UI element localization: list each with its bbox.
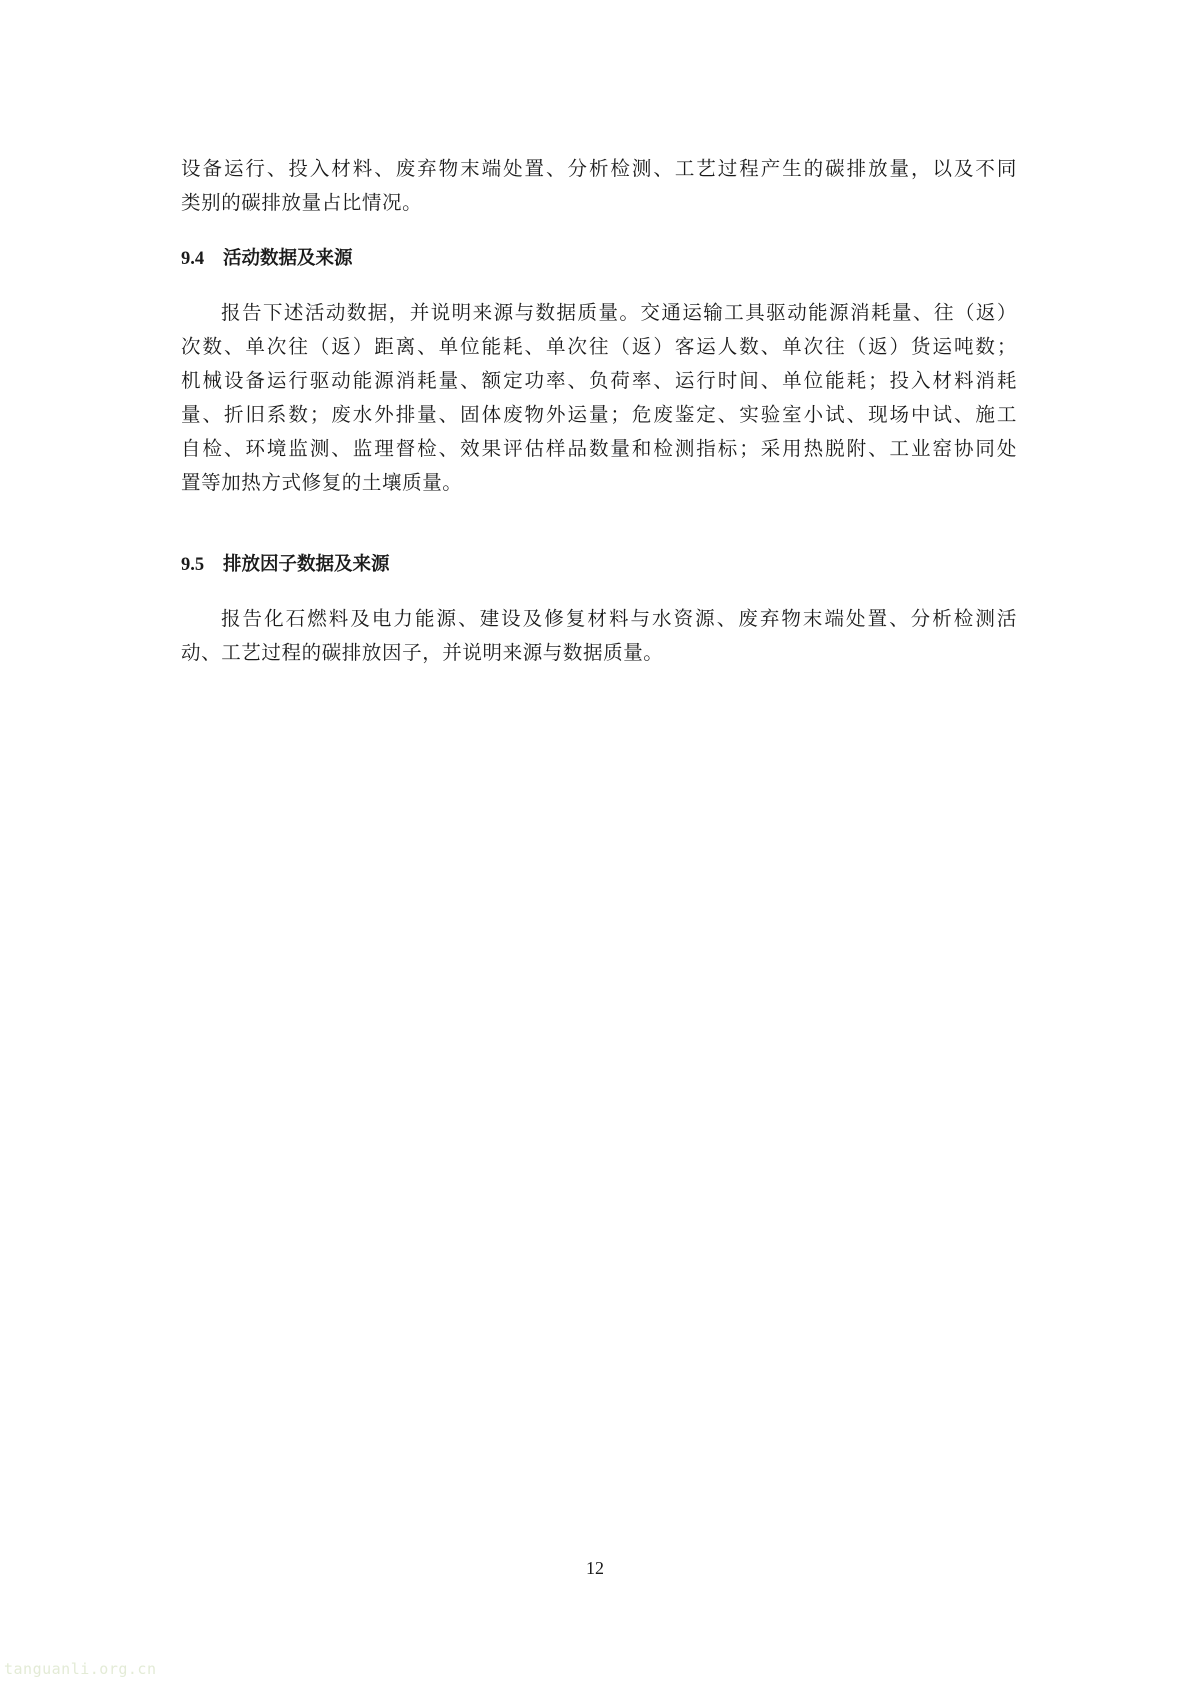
section-number: 9.5 [181,550,223,580]
section-title: 排放因子数据及来源 [223,554,390,575]
paragraph-line: 报告化石燃料及电力能源、建设及修复材料与水资源、废弃物末端处置、分析检测活 [181,602,1017,636]
section-number: 9.4 [181,244,223,274]
paragraph-line: 次数、单次往（返）距离、单位能耗、单次往（返）客运人数、单次往（返）货运吨数； [181,330,1017,364]
section-heading-9-4: 9.4活动数据及来源 [181,244,353,274]
paragraph-line: 自检、环境监测、监理督检、效果评估样品数量和检测指标；采用热脱附、工业窑协同处 [181,432,1017,466]
paragraph-line: 机械设备运行驱动能源消耗量、额定功率、负荷率、运行时间、单位能耗；投入材料消耗 [181,364,1017,398]
paragraph-line: 报告下述活动数据，并说明来源与数据质量。交通运输工具驱动能源消耗量、往（返） [181,296,1017,330]
paragraph-line: 类别的碳排放量占比情况。 [181,186,1017,220]
watermark-text: tanguanli.org.cn [4,1660,157,1678]
section-9-5-paragraph: 报告化石燃料及电力能源、建设及修复材料与水资源、废弃物末端处置、分析检测活 动、… [181,602,1017,670]
paragraph-line: 设备运行、投入材料、废弃物末端处置、分析检测、工艺过程产生的碳排放量，以及不同 [181,152,1017,186]
section-title: 活动数据及来源 [223,248,353,269]
section-9-4-paragraph: 报告下述活动数据，并说明来源与数据质量。交通运输工具驱动能源消耗量、往（返） 次… [181,296,1017,500]
paragraph-line: 动、工艺过程的碳排放因子，并说明来源与数据质量。 [181,636,1017,670]
paragraph-line: 量、折旧系数；废水外排量、固体废物外运量；危废鉴定、实验室小试、现场中试、施工 [181,398,1017,432]
section-heading-9-5: 9.5排放因子数据及来源 [181,550,390,580]
paragraph-line: 置等加热方式修复的土壤质量。 [181,466,1017,500]
document-page: 设备运行、投入材料、废弃物末端处置、分析检测、工艺过程产生的碳排放量，以及不同 … [0,0,1190,1683]
continued-paragraph: 设备运行、投入材料、废弃物末端处置、分析检测、工艺过程产生的碳排放量，以及不同 … [181,152,1017,220]
page-number: 12 [0,1558,1190,1579]
